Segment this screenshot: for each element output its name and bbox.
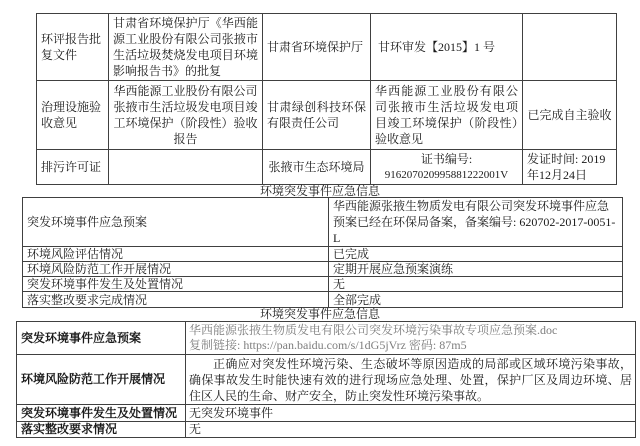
- approval-label-cell: 治理设施验收意见: [37, 81, 109, 150]
- emergency-row-rectification: 落实整改要求完成情况 全部完成: [23, 292, 623, 308]
- approval-table: 环评报告批复文件 甘肃省环境保护厅《华西能源工业股份有限公司张掖市生活垃圾焚烧发…: [36, 13, 617, 185]
- row-value-cell: 华西能源张掖生物质发电有限公司突发环境事件应急预案已经在环保局备案，备案编号: …: [329, 198, 623, 247]
- plan-file-cell: 华西能源张掖生物质发电有限公司突发环境污染事故专项应急预案.doc 复制链接: …: [186, 322, 636, 355]
- emergency-row-risk-assessment: 环境风险评估情况 已完成: [23, 247, 623, 262]
- status-cell: [523, 14, 617, 81]
- document-number-cell: 甘环审发【2015】1 号: [371, 14, 523, 81]
- status-cell: 已完成自主验收: [523, 81, 617, 150]
- plan-download-link: 复制链接: https://pan.baidu.com/s/1dG5jVrz 密…: [189, 338, 632, 353]
- approval-row-acceptance: 治理设施验收意见 华西能源工业股份有限公司张掖市生活垃圾发电项目竣工环境保护（阶…: [37, 81, 617, 150]
- row-label-cell: 环境风险评估情况: [23, 247, 329, 262]
- row-value-cell: 无: [329, 277, 623, 292]
- row-label-cell: 环境风险防范工作开展情况: [17, 355, 186, 405]
- emergency-section-title-1: 环境突发事件应急信息: [0, 185, 640, 197]
- emergency-info-table-2: 突发环境事件应急预案 华西能源张掖生物质发电有限公司突发环境污染事故专项应急预案…: [16, 321, 636, 438]
- plan-file-name: 华西能源张掖生物质发电有限公司突发环境污染事故专项应急预案.doc: [189, 323, 632, 338]
- row-value-cell: 定期开展应急预案演练: [329, 262, 623, 277]
- authority-cell: 甘肃绿创科技环保有限责任公司: [263, 81, 371, 150]
- emergency-row-incidents: 突发环境事件发生及处置情况 无: [23, 277, 623, 292]
- emergency-row-plan: 突发环境事件应急预案 华西能源张掖生物质发电有限公司突发环境污染事故专项应急预案…: [17, 322, 636, 355]
- emergency-section-title-2: 环境突发事件应急信息: [0, 308, 640, 321]
- risk-prevention-paragraph: 正确应对突发性环境污染、生态破坏等原因造成的局部或区域环境污染事故，确保事故发生…: [189, 356, 632, 404]
- row-value-cell: 正确应对突发性环境污染、生态破坏等原因造成的局部或区域环境污染事故，确保事故发生…: [186, 355, 636, 405]
- certificate-number-cell: 证书编号: 916207020995881222001V: [371, 150, 523, 185]
- emergency-row-rectification: 落实整改要求情况 无: [17, 422, 636, 438]
- row-value-cell: 全部完成: [329, 292, 623, 308]
- row-label-cell: 环境风险防范工作开展情况: [23, 262, 329, 277]
- row-label-cell: 突发环境事件应急预案: [17, 322, 186, 355]
- row-label-cell: 突发环境事件发生及处置情况: [23, 277, 329, 292]
- row-value-cell: 无: [186, 422, 636, 438]
- row-label-cell: 突发环境事件应急预案: [23, 198, 329, 247]
- row-label-cell: 突发环境事件发生及处置情况: [17, 405, 186, 422]
- authority-cell: 甘肃省环境保护厅: [263, 14, 371, 81]
- approval-row-permit: 排污许可证 张掖市生态环境局 证书编号: 9162070209958812220…: [37, 150, 617, 185]
- emergency-row-risk-prevention: 环境风险防范工作开展情况 正确应对突发性环境污染、生态破坏等原因造成的局部或区域…: [17, 355, 636, 405]
- approval-document-cell: 甘肃省环境保护厅《华西能源工业股份有限公司张掖市生活垃圾焚烧发电项目环境影响报告…: [109, 14, 263, 81]
- document-number-cell: 华西能源工业股份有限公司张掖市生活垃圾发电项目竣工环境保护（阶段性）验收意见: [371, 81, 523, 150]
- certificate-number-label: 证书编号:: [373, 151, 520, 167]
- issue-date-cell: 发证时间: 2019年12月24日: [523, 150, 617, 185]
- emergency-row-risk-prevention: 环境风险防范工作开展情况 定期开展应急预案演练: [23, 262, 623, 277]
- approval-label-cell: 排污许可证: [37, 150, 109, 185]
- approval-row-eia: 环评报告批复文件 甘肃省环境保护厅《华西能源工业股份有限公司张掖市生活垃圾焚烧发…: [37, 14, 617, 81]
- approval-label-cell: 环评报告批复文件: [37, 14, 109, 81]
- row-label-cell: 落实整改要求完成情况: [23, 292, 329, 308]
- approval-document-cell: [109, 150, 263, 185]
- row-value-cell: 无突发环境事件: [186, 405, 636, 422]
- approval-document-cell: 华西能源工业股份有限公司张掖市生活垃圾发电项目竣工环境保护（阶段性）验收报告: [109, 81, 263, 150]
- certificate-number-value: 916207020995881222001V: [373, 167, 520, 183]
- emergency-info-table-1: 突发环境事件应急预案 华西能源张掖生物质发电有限公司突发环境事件应急预案已经在环…: [22, 197, 623, 308]
- authority-cell: 张掖市生态环境局: [263, 150, 371, 185]
- emergency-row-incidents: 突发环境事件发生及处置情况 无突发环境事件: [17, 405, 636, 422]
- row-value-cell: 已完成: [329, 247, 623, 262]
- document-page: 环评报告批复文件 甘肃省环境保护厅《华西能源工业股份有限公司张掖市生活垃圾焚烧发…: [0, 13, 640, 438]
- emergency-row-plan: 突发环境事件应急预案 华西能源张掖生物质发电有限公司突发环境事件应急预案已经在环…: [23, 198, 623, 247]
- row-label-cell: 落实整改要求情况: [17, 422, 186, 438]
